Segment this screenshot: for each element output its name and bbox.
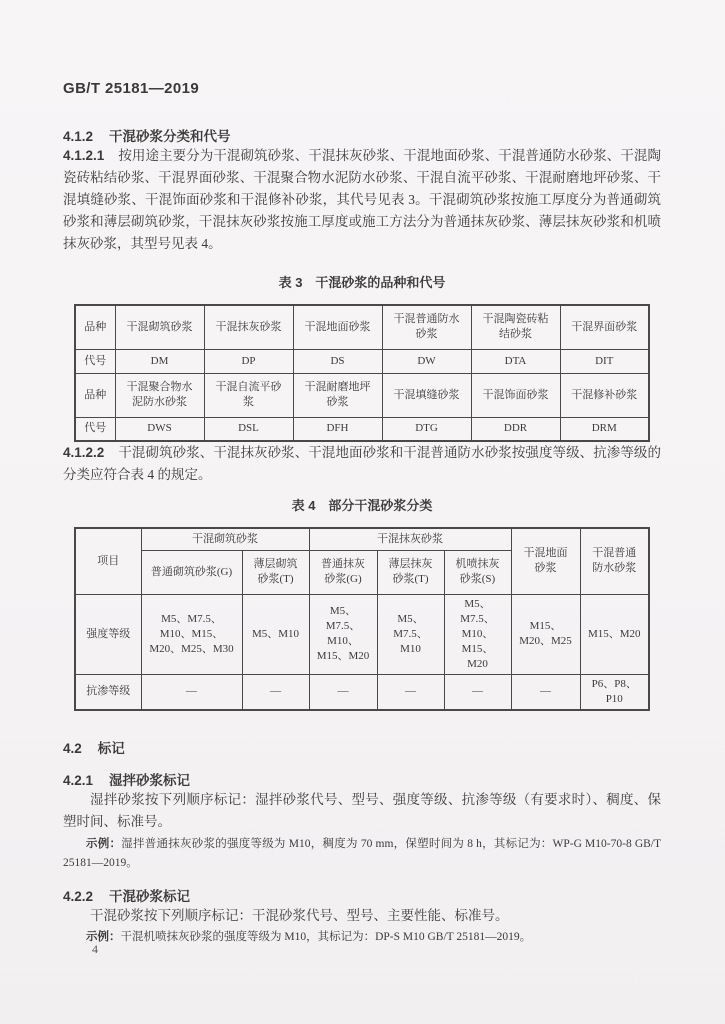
table3-code-cell: DRM [560, 417, 649, 441]
table4-strength-row: 强度等级 M5、M7.5、M10、M15、M20、M25、M30 M5、M10 … [75, 594, 649, 674]
example-dry-mortar: 示例：干混机喷抹灰砂浆的强度等级为 M10，其标记为：DP-S M10 GB/T… [63, 928, 661, 947]
clause-4-1-2-2: 4.1.2.2干混砌筑砂浆、干混抹灰砂浆、干混地面砂浆和干混普通防水砂浆按强度等… [63, 442, 661, 486]
table4-header-waterproof: 干混普通防水砂浆 [580, 528, 649, 594]
table4-perm-cell: — [377, 674, 444, 710]
table3-code-cell: DDR [471, 417, 560, 441]
section-title: 干混砂浆标记 [109, 889, 190, 904]
document-page: GB/T 25181—2019 4.1.2干混砂浆分类和代号 4.1.2.1按用… [0, 0, 725, 1024]
table4-perm-cell: P6、P8、P10 [580, 674, 649, 710]
table4-corner-cell: 项目 [75, 528, 141, 594]
table4-row-label: 抗渗等级 [75, 674, 141, 710]
section-number: 4.2.1 [63, 773, 93, 788]
section-heading-4-2: 4.2标记 [63, 737, 661, 757]
table3-code-cell: DWS [115, 417, 204, 441]
table3-row-variety-2: 品种 干混聚合物水泥防水砂浆 干混自流平砂浆 干混耐磨地坪砂浆 干混填缝砂浆 干… [75, 373, 649, 417]
section-heading-4-1-2: 4.1.2干混砂浆分类和代号 [63, 125, 661, 145]
table3-variety-cell: 干混普通防水砂浆 [382, 305, 471, 349]
table3-code-cell: DSL [204, 417, 293, 441]
table4-perm-cell: — [444, 674, 511, 710]
clause-text: 按用途主要分为干混砌筑砂浆、干混抹灰砂浆、干混地面砂浆、干混普通防水砂浆、干混陶… [63, 148, 661, 251]
table3-code-cell: DIT [560, 349, 649, 373]
standard-number-header: GB/T 25181—2019 [63, 80, 661, 97]
table3-variety-cell: 干混填缝砂浆 [382, 373, 471, 417]
table3-code-cell: DFH [293, 417, 382, 441]
table4-subheader-cell: 薄层砌筑砂浆(T) [242, 550, 309, 594]
clause-number: 4.1.2.2 [63, 445, 104, 460]
example-wet-mortar: 示例：湿拌普通抹灰砂浆的强度等级为 M10，稠度为 70 mm，保塑时间为 8 … [63, 835, 661, 873]
clause-number: 4.1.2.1 [63, 148, 104, 163]
table3-variety-cell: 干混自流平砂浆 [204, 373, 293, 417]
example-label: 示例： [86, 838, 121, 850]
table4-strength-cell: M5、M7.5、M10、M15、M20、M25、M30 [141, 594, 242, 674]
table4-group-header-row: 项目 干混砌筑砂浆 干混抹灰砂浆 干混地面砂浆 干混普通防水砂浆 [75, 528, 649, 550]
section-number: 4.1.2 [63, 129, 93, 144]
table3-row-label: 品种 [75, 305, 115, 349]
table4-header-floor: 干混地面砂浆 [511, 528, 580, 594]
section-title: 干混砂浆分类和代号 [109, 129, 231, 144]
table4-strength-cell: M5、M7.5、M10 [377, 594, 444, 674]
table4-strength-cell: M5、M10 [242, 594, 309, 674]
table3-variety-cell: 干混陶瓷砖粘结砂浆 [471, 305, 560, 349]
table4-perm-cell: — [242, 674, 309, 710]
table4-perm-cell: — [141, 674, 242, 710]
table4-perm-cell: — [511, 674, 580, 710]
table4-subheader-cell: 普通抹灰砂浆(G) [309, 550, 377, 594]
table3-row-label: 代号 [75, 417, 115, 441]
table4-impermeability-row: 抗渗等级 — — — — — — P6、P8、P10 [75, 674, 649, 710]
table3-variety-cell: 干混砌筑砂浆 [115, 305, 204, 349]
section-number: 4.2 [63, 741, 82, 756]
table4-subheader-cell: 机喷抹灰砂浆(S) [444, 550, 511, 594]
table4-perm-cell: — [309, 674, 377, 710]
table3-code-cell: DTG [382, 417, 471, 441]
clause-4-1-2-1: 4.1.2.1按用途主要分为干混砌筑砂浆、干混抹灰砂浆、干混地面砂浆、干混普通防… [63, 145, 661, 255]
table4-subheader-cell: 薄层抹灰砂浆(T) [377, 550, 444, 594]
section-heading-4-2-2: 4.2.2干混砂浆标记 [63, 885, 661, 905]
table3-row-label: 代号 [75, 349, 115, 373]
paragraph-wet-mortar-marking: 湿拌砂浆按下列顺序标记：湿拌砂浆代号、型号、强度等级、抗渗等级（有要求时）、稠度… [63, 789, 661, 833]
example-text: 干混机喷抹灰砂浆的强度等级为 M10，其标记为：DP-S M10 GB/T 25… [121, 931, 532, 943]
table3-variety-cell: 干混界面砂浆 [560, 305, 649, 349]
table3-variety-cell: 干混聚合物水泥防水砂浆 [115, 373, 204, 417]
table3-row-code-1: 代号 DM DP DS DW DTA DIT [75, 349, 649, 373]
table3-row-label: 品种 [75, 373, 115, 417]
table4-strength-cell: M5、M7.5、M10、M15、M20 [309, 594, 377, 674]
table3-row-variety-1: 品种 干混砌筑砂浆 干混抹灰砂浆 干混地面砂浆 干混普通防水砂浆 干混陶瓷砖粘结… [75, 305, 649, 349]
table3-code-cell: DTA [471, 349, 560, 373]
table4-row-label: 强度等级 [75, 594, 141, 674]
table3-variety-cell: 干混耐磨地坪砂浆 [293, 373, 382, 417]
section-title: 标记 [98, 741, 125, 756]
paragraph-dry-mortar-marking: 干混砂浆按下列顺序标记：干混砂浆代号、型号、主要性能、标准号。 [63, 905, 661, 927]
example-text: 湿拌普通抹灰砂浆的强度等级为 M10，稠度为 70 mm，保塑时间为 8 h，其… [63, 838, 661, 869]
clause-text: 干混砌筑砂浆、干混抹灰砂浆、干混地面砂浆和干混普通防水砂浆按强度等级、抗渗等级的… [63, 445, 661, 482]
table4: 项目 干混砌筑砂浆 干混抹灰砂浆 干混地面砂浆 干混普通防水砂浆 普通砌筑砂浆(… [74, 527, 650, 711]
table3-title: 表 3 干混砂浆的品种和代号 [63, 272, 661, 291]
table4-strength-cell: M15、M20、M25 [511, 594, 580, 674]
table3: 品种 干混砌筑砂浆 干混抹灰砂浆 干混地面砂浆 干混普通防水砂浆 干混陶瓷砖粘结… [74, 304, 650, 442]
table3-variety-cell: 干混饰面砂浆 [471, 373, 560, 417]
table3-code-cell: DS [293, 349, 382, 373]
example-label: 示例： [86, 931, 121, 943]
section-title: 湿拌砂浆标记 [109, 773, 190, 788]
table3-variety-cell: 干混抹灰砂浆 [204, 305, 293, 349]
table4-subheader-cell: 普通砌筑砂浆(G) [141, 550, 242, 594]
table4-group-masonry: 干混砌筑砂浆 [141, 528, 309, 550]
table3-variety-cell: 干混地面砂浆 [293, 305, 382, 349]
table4-title: 表 4 部分干混砂浆分类 [63, 495, 661, 514]
section-heading-4-2-1: 4.2.1湿拌砂浆标记 [63, 769, 661, 789]
table3-code-cell: DW [382, 349, 471, 373]
page-number: 4 [92, 942, 98, 957]
table3-variety-cell: 干混修补砂浆 [560, 373, 649, 417]
table4-group-plastering: 干混抹灰砂浆 [309, 528, 511, 550]
section-number: 4.2.2 [63, 889, 93, 904]
table4-strength-cell: M5、M7.5、M10、M15、M20 [444, 594, 511, 674]
table4-strength-cell: M15、M20 [580, 594, 649, 674]
table3-code-cell: DP [204, 349, 293, 373]
table3-row-code-2: 代号 DWS DSL DFH DTG DDR DRM [75, 417, 649, 441]
table3-code-cell: DM [115, 349, 204, 373]
